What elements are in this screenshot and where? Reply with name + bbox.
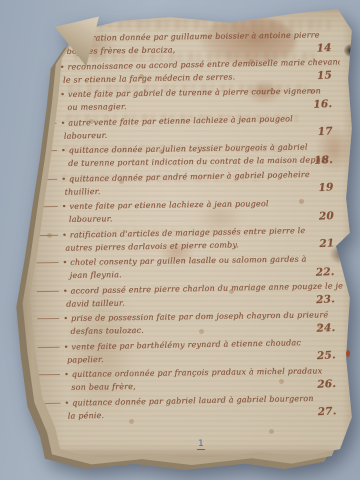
scan-background: procuration donnée par guillaume boissie… — [0, 0, 360, 480]
entry-dash — [37, 291, 59, 292]
entry-page-number: 22. — [316, 266, 335, 279]
index-entry: autre vente faite par etienne lachieze à… — [60, 111, 340, 143]
manuscript-page: procuration donnée par guillaume boissie… — [18, 4, 358, 472]
index-entry: reconnoissance ou accord passé entre dem… — [60, 55, 340, 87]
foxing-specks — [18, 4, 21, 7]
entry-page-number: 16. — [313, 98, 332, 111]
index-entry: quittance ordonnée par françois pradaux … — [64, 364, 344, 394]
index-entry: quittance donnée par gabriel lauard à ga… — [64, 391, 344, 423]
index-entry: quittance donnée par julien teyssier bou… — [61, 140, 341, 170]
entry-page-number: 18. — [314, 154, 333, 167]
entry-dash — [38, 347, 60, 348]
entry-page-number: 19 — [318, 182, 334, 195]
index-entry: prise de possession faite par dom joseph… — [63, 308, 343, 338]
folio-number: 1 — [197, 439, 205, 450]
entry-dash — [37, 318, 59, 319]
stain — [344, 44, 359, 57]
entry-page-number: 21 — [319, 237, 335, 250]
entry-dash — [33, 38, 55, 39]
index-entry: vente faite par etienne lachieze à jean … — [62, 196, 342, 226]
index-entry: ratification d'articles de mariage passé… — [62, 223, 342, 255]
entry-page-number: 23. — [316, 293, 335, 306]
red-speck — [346, 350, 350, 357]
entry-dash — [36, 262, 58, 263]
entry-page-number: 25. — [317, 349, 336, 362]
index-entries: procuration donnée par guillaume boissie… — [59, 28, 344, 424]
entry-page-number: 24. — [316, 322, 335, 335]
index-entry: quittance donnée par andré mornier à gab… — [61, 167, 341, 199]
paper-stack: procuration donnée par guillaume boissie… — [0, 0, 360, 480]
entry-page-number: 27. — [317, 405, 336, 418]
index-entry: accord passé entre pierre charlon du mar… — [63, 279, 343, 311]
entry-dash — [38, 374, 60, 375]
entry-page-number: 17 — [317, 126, 333, 139]
index-entry: procuration donnée par guillaume boissie… — [59, 28, 339, 58]
index-entry: chotel consenty par guillen lasalle ou s… — [62, 252, 342, 282]
entry-page-number: 20 — [319, 210, 335, 223]
entry-page-number: 14 — [316, 42, 332, 55]
entry-page-number: 15 — [317, 70, 333, 83]
entry-page-number: 26. — [317, 378, 336, 391]
index-entry: vente faite par barthélémy reynard à eti… — [64, 335, 344, 367]
index-entry: vente faite par gabriel de turenne à pie… — [60, 84, 340, 114]
